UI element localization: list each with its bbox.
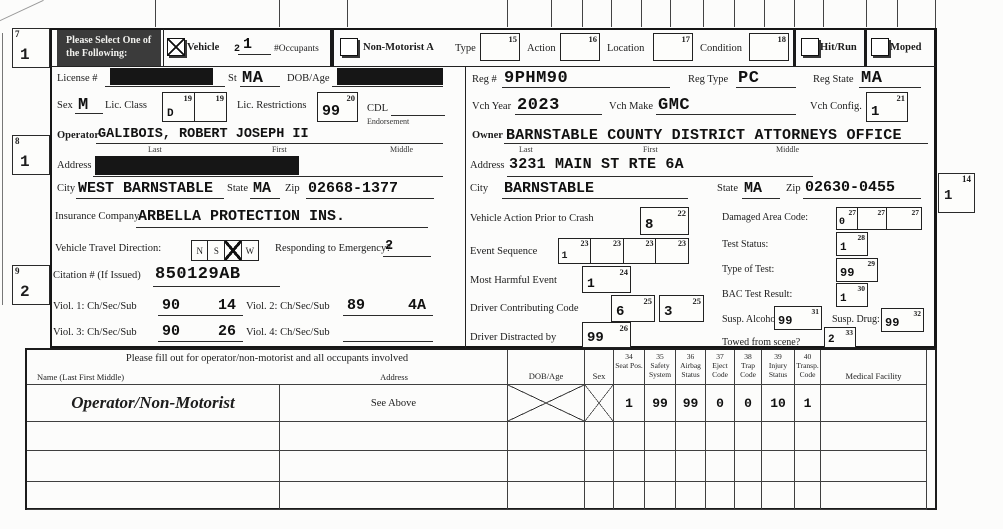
viol3-line [158, 341, 243, 342]
lic-class-box2[interactable]: 19 [194, 92, 227, 122]
most-harmful-box[interactable]: 24 1 [582, 266, 631, 293]
vehicle-action-sup: 22 [678, 208, 687, 218]
operator-address-line [93, 176, 443, 177]
sex-column-header: Sex [585, 350, 614, 385]
field-14-box: 14 1 [938, 173, 975, 213]
owner-line [504, 143, 928, 144]
damaged-area-1-value[interactable]: 0 [839, 217, 845, 228]
empty-cell[interactable] [795, 422, 821, 451]
action-code-box[interactable]: 16 [560, 33, 600, 61]
most-harmful-sup: 24 [620, 267, 629, 277]
empty-cell[interactable] [735, 451, 762, 482]
owner-city-value[interactable]: BARNSTABLE [504, 180, 594, 197]
location-label: Location [607, 43, 644, 54]
vehicle-action-box[interactable]: 22 8 [640, 207, 689, 235]
top-strip-line [794, 0, 795, 27]
moped-checkbox[interactable] [871, 38, 889, 56]
viol2-sec-value[interactable]: 4A [408, 297, 426, 314]
top-strip-line [347, 0, 348, 27]
occupant-eject-code-value[interactable]: 0 [706, 385, 735, 422]
empty-cell[interactable] [645, 451, 676, 482]
sex-label: Sex [57, 100, 73, 111]
lic-class-value[interactable]: D [167, 108, 174, 120]
viol4-line [343, 341, 433, 342]
damaged-area-box-1[interactable]: 27 0 [836, 207, 859, 230]
empty-cell[interactable] [735, 482, 762, 510]
vch-config-box[interactable]: 21 1 [866, 92, 908, 122]
col-label: Trap Code [740, 361, 756, 379]
col-label: Safety System [649, 361, 671, 379]
license-state-label: St [228, 73, 237, 84]
section-divider [864, 29, 867, 66]
name-column-header: Name (Last First Middle) [37, 372, 124, 382]
operator-line [96, 143, 443, 144]
operator-state-value[interactable]: MA [253, 180, 271, 197]
operator-address-redaction[interactable] [95, 156, 299, 175]
citation-line [153, 286, 280, 287]
insurance-value[interactable]: ARBELLA PROTECTION INS. [138, 208, 345, 225]
reg-state-label: Reg State [813, 74, 854, 85]
vehicle-label: Vehicle [187, 42, 219, 53]
owner-first-sub: First [643, 145, 658, 154]
test-type-box[interactable]: 29 99 [836, 258, 878, 282]
top-strip-line [507, 0, 508, 27]
empty-cell[interactable] [508, 482, 585, 510]
distracted-box[interactable]: 26 99 [582, 322, 631, 348]
direction-s-letter: S [214, 246, 219, 256]
top-strip-line [611, 0, 612, 27]
contributing-code-label: Driver Contributing Code [470, 303, 579, 314]
empty-cell[interactable] [762, 422, 795, 451]
test-status-value[interactable]: 1 [840, 242, 847, 254]
direction-w-letter: W [246, 246, 255, 256]
operator-first-sub: First [272, 145, 287, 154]
section-divider [793, 29, 796, 66]
emergency-line [383, 256, 431, 257]
non-motorist-checkbox[interactable] [340, 38, 358, 56]
reg-line [502, 87, 670, 88]
empty-cell[interactable] [27, 482, 280, 510]
reg-type-value[interactable]: PC [738, 69, 759, 88]
condition-code-sup: 18 [778, 34, 787, 44]
viol2-ch-value[interactable]: 89 [347, 297, 365, 314]
non-motorist-label: Non-Motorist A [363, 42, 434, 53]
viol1-ch-value[interactable]: 90 [162, 297, 180, 314]
most-harmful-label: Most Harmful Event [470, 275, 557, 286]
operator-zip-label: Zip [285, 183, 300, 194]
top-strip-line [734, 0, 735, 27]
citation-value[interactable]: 850129AB [155, 265, 241, 284]
cdl-endorsement-label: Endorsement [367, 117, 409, 126]
operator-city-line [76, 198, 224, 199]
empty-cell[interactable] [706, 482, 735, 510]
scan-crease [0, 0, 44, 22]
event-seq-box-4[interactable]: 23 [655, 238, 689, 264]
lic-restrictions-box[interactable]: 20 99 [317, 92, 358, 122]
event-seq-1-value[interactable]: 1 [562, 251, 568, 262]
viol3-label: Viol. 3: Ch/Sec/Sub [53, 327, 137, 338]
lic-restrictions-sup: 20 [347, 93, 356, 103]
occupant-safety-system-value[interactable]: 99 [645, 385, 676, 422]
insurance-line [136, 227, 428, 228]
event-seq-sup: 23 [678, 239, 686, 248]
col-num: 38 [744, 352, 752, 361]
top-strip-line [935, 0, 936, 28]
occupant-transp-code-value[interactable]: 1 [795, 385, 821, 422]
vch-make-label: Vch Make [609, 101, 653, 112]
dob-redaction[interactable] [337, 68, 443, 85]
operator-address-label: Address [57, 160, 91, 171]
empty-cell[interactable] [27, 451, 280, 482]
cdl-line [391, 115, 445, 116]
condition-label: Condition [700, 43, 742, 54]
reg-state-value[interactable]: MA [861, 69, 882, 88]
empty-cell[interactable] [585, 482, 614, 510]
most-harmful-value[interactable]: 1 [587, 276, 595, 291]
hit-run-checkbox[interactable] [801, 38, 819, 56]
select-one-banner: Please Select One of the Following: [57, 30, 161, 66]
operator-zip-value[interactable]: 02668-1377 [308, 180, 398, 197]
top-strip-line [279, 0, 280, 27]
operator-state-line [250, 198, 280, 199]
viol3-sec-value[interactable]: 26 [218, 323, 236, 340]
towed-label: Towed from scene? [722, 337, 800, 348]
owner-state-line [742, 198, 780, 199]
col-header-injury-status: 39Injury Status [762, 350, 795, 385]
field-14-value[interactable]: 1 [944, 188, 952, 204]
operator-city-label: City [57, 183, 75, 194]
lic-restrictions-label: Lic. Restrictions [237, 100, 306, 111]
test-status-sup: 28 [858, 233, 866, 242]
vehicle-action-value[interactable]: 8 [645, 217, 653, 233]
owner-city-line [502, 198, 688, 199]
type-code-box[interactable]: 15 [480, 33, 520, 61]
moped-label: Moped [890, 42, 922, 53]
col-num: 37 [716, 352, 724, 361]
empty-cell[interactable] [614, 482, 645, 510]
col-label: Injury Status [769, 361, 787, 379]
damaged-area-label: Damaged Area Code: [722, 212, 808, 223]
empty-cell[interactable] [735, 422, 762, 451]
operator-middle-sub: Middle [390, 145, 413, 154]
occupant-seat-pos-value[interactable]: 1 [614, 385, 645, 422]
susp-alcohol-value[interactable]: 99 [778, 314, 792, 328]
col-label: Airbag Status [680, 361, 701, 379]
towed-value[interactable]: 2 [828, 334, 835, 346]
empty-cell[interactable] [280, 451, 508, 482]
operator-value[interactable]: GALIBOIS, ROBERT JOSEPH II [98, 127, 309, 142]
lic-class-box[interactable]: 19 D [162, 92, 195, 122]
travel-direction-label: Vehicle Travel Direction: [55, 243, 161, 254]
location-code-box[interactable]: 17 [653, 33, 693, 61]
empty-cell[interactable] [706, 422, 735, 451]
occupant-dob-cell-crossed[interactable] [508, 385, 585, 422]
license-redaction[interactable] [110, 68, 213, 85]
direction-n-box[interactable]: N [191, 240, 209, 261]
col-num: 35 [656, 352, 664, 361]
operator-city-value[interactable]: WEST BARNSTABLE [78, 180, 213, 197]
vch-year-value[interactable]: 2023 [517, 96, 560, 115]
viol1-sec-value[interactable]: 14 [218, 297, 236, 314]
col-num: 34 [625, 352, 633, 361]
viol1-line [158, 315, 243, 316]
empty-cell[interactable] [706, 451, 735, 482]
license-state-line [240, 86, 280, 87]
col-num: 40 [804, 352, 812, 361]
vehicle-action-label: Vehicle Action Prior to Crash [470, 213, 594, 224]
event-seq-sup: 23 [646, 239, 654, 248]
direction-e-box-checked[interactable]: E [224, 240, 242, 261]
emergency-value[interactable]: 2 [385, 239, 393, 254]
medical-facility-header: Medical Facility [821, 350, 927, 385]
section-9-value[interactable]: 2 [20, 283, 30, 301]
operator-zip-line [306, 198, 434, 199]
top-strip-line [641, 0, 642, 27]
empty-cell[interactable] [676, 482, 706, 510]
event-seq-box-1[interactable]: 23 1 [558, 238, 592, 264]
viol1-label: Viol. 1: Ch/Sec/Sub [53, 301, 137, 312]
crash-report-form-page: 7 1 8 1 9 2 14 1 Please Select One of th… [0, 0, 1003, 529]
event-seq-box-3[interactable]: 23 [623, 238, 657, 264]
operator-label: Operator [57, 130, 99, 141]
test-type-value[interactable]: 99 [840, 266, 854, 280]
travel-direction-boxes: NSEW [192, 240, 259, 261]
top-strip-line [897, 0, 898, 27]
susp-drug-value[interactable]: 99 [885, 316, 899, 330]
col-num: 36 [687, 352, 695, 361]
damaged-area-box-3[interactable]: 27 [886, 207, 922, 230]
col-num: 39 [774, 352, 782, 361]
occupant-trap-code-value[interactable]: 0 [735, 385, 762, 422]
col-header-seat-pos: 34Seat Pos. [614, 350, 645, 385]
vch-config-value[interactable]: 1 [871, 104, 879, 120]
owner-zip-line [803, 198, 921, 199]
empty-cell[interactable] [27, 422, 280, 451]
empty-cell[interactable] [645, 482, 676, 510]
distracted-label: Driver Distracted by [470, 332, 556, 343]
event-sequence-boxes: 23 1 23 23 23 [559, 238, 689, 269]
occupant-airbag-status-value[interactable]: 99 [676, 385, 706, 422]
section-8-sup: 8 [15, 136, 20, 146]
empty-cell[interactable] [795, 482, 821, 510]
viol4-label: Viol. 4: Ch/Sec/Sub [246, 327, 330, 338]
owner-address-value[interactable]: 3231 MAIN ST RTE 6A [509, 156, 684, 173]
empty-cell[interactable] [676, 451, 706, 482]
bac-label: BAC Test Result: [722, 289, 792, 300]
section-8-box: 8 1 [12, 135, 50, 175]
owner-value[interactable]: BARNSTABLE COUNTY DISTRICT ATTORNEYS OFF… [506, 127, 902, 144]
vehicle-checkbox[interactable] [167, 38, 185, 56]
empty-cell[interactable] [280, 422, 508, 451]
reg-label: Reg # [472, 74, 497, 85]
lic-restrictions-value[interactable]: 99 [322, 103, 340, 120]
susp-alcohol-box[interactable]: 31 99 [774, 306, 822, 330]
owner-address-label: Address [470, 160, 504, 171]
col-label: Eject Code [712, 361, 728, 379]
vehicle-section-left-border [163, 29, 164, 66]
emergency-label: Responding to Emergency? [275, 243, 391, 254]
col-header-safety-system: 35Safety System [645, 350, 676, 385]
col-label: Seat Pos. [615, 361, 643, 370]
top-strip-line [582, 0, 583, 27]
cdl-label: CDL [367, 103, 388, 114]
col-header-eject-code: 37Eject Code [706, 350, 735, 385]
damaged-area-sup: 27 [912, 208, 920, 217]
towed-box[interactable]: 33 2 [824, 327, 856, 348]
section-9-sup: 9 [15, 266, 20, 276]
license-label: License # [57, 73, 98, 84]
event-seq-sup: 23 [581, 239, 589, 248]
hit-run-label: Hit/Run [820, 42, 857, 53]
empty-cell[interactable] [795, 451, 821, 482]
dob-line [332, 86, 443, 87]
column-divider [465, 66, 466, 348]
top-strip-line [551, 0, 552, 27]
occupants-label: #Occupants [274, 44, 319, 54]
empty-cell[interactable] [614, 422, 645, 451]
vch-make-value[interactable]: GMC [658, 96, 690, 115]
dob-label: DOB/Age [287, 73, 330, 84]
susp-drug-box[interactable]: 32 99 [881, 308, 924, 332]
owner-address-line [507, 176, 813, 177]
empty-cell[interactable] [821, 422, 927, 451]
vch-year-line [515, 114, 602, 115]
susp-drug-label: Susp. Drug: [832, 314, 880, 325]
distracted-sup: 26 [620, 323, 629, 333]
empty-cell[interactable] [821, 482, 927, 510]
type-code-sup: 15 [509, 34, 518, 44]
susp-drug-sup: 32 [914, 309, 922, 318]
lic-class-label: Lic. Class [105, 100, 147, 111]
operator-state-label: State [227, 183, 248, 194]
col-header-airbag-status: 36Airbag Status [676, 350, 706, 385]
contributing-code-sup: 25 [693, 296, 702, 306]
direction-s-box[interactable]: S [207, 240, 225, 261]
owner-zip-label: Zip [786, 183, 801, 194]
contributing-code-2-value[interactable]: 3 [664, 304, 672, 320]
section-7-box: 7 1 [12, 28, 50, 68]
event-seq-box-2[interactable]: 23 [590, 238, 624, 264]
viol2-label: Viol. 2: Ch/Sec/Sub [246, 301, 330, 312]
empty-cell[interactable] [645, 422, 676, 451]
contributing-code-box-2[interactable]: 25 3 [659, 295, 704, 322]
col-header-trap-code: 38Trap Code [735, 350, 762, 385]
top-strip-line [155, 0, 156, 27]
empty-cell[interactable] [614, 451, 645, 482]
direction-w-box[interactable]: W [241, 240, 259, 261]
distracted-value[interactable]: 99 [587, 330, 604, 346]
condition-code-box[interactable]: 18 [749, 33, 789, 61]
empty-cell[interactable] [676, 422, 706, 451]
occupant-medical-cell[interactable] [821, 385, 927, 422]
occupant-sex-cell-crossed[interactable] [585, 385, 614, 422]
lic-class-sup2: 19 [216, 93, 225, 103]
test-status-box[interactable]: 28 1 [836, 232, 868, 256]
dob-column-header: DOB/Age [508, 350, 585, 385]
test-type-label: Type of Test: [722, 264, 774, 275]
location-code-sup: 17 [682, 34, 691, 44]
reg-type-line [736, 87, 796, 88]
top-strip-line [823, 0, 824, 27]
vch-config-label: Vch Config. [810, 101, 862, 112]
operator-last-sub: Last [148, 145, 162, 154]
owner-middle-sub: Middle [776, 145, 799, 154]
occupant-injury-status-value[interactable]: 10 [762, 385, 795, 422]
direction-n-letter: N [196, 246, 203, 256]
contributing-code-sup: 25 [644, 296, 653, 306]
section-9-box: 9 2 [12, 265, 50, 305]
occupant-address-cell[interactable]: See Above [280, 385, 508, 422]
license-line [105, 86, 225, 87]
test-status-label: Test Status: [722, 239, 768, 250]
section-7-value[interactable]: 1 [20, 46, 30, 64]
top-strip-line [670, 0, 671, 27]
left-margin-line [2, 33, 3, 305]
reg-value[interactable]: 9PHM90 [504, 69, 568, 88]
empty-cell[interactable] [585, 422, 614, 451]
empty-cell[interactable] [762, 451, 795, 482]
owner-state-label: State [717, 183, 738, 194]
owner-state-value[interactable]: MA [744, 180, 762, 197]
empty-cell[interactable] [508, 451, 585, 482]
reg-type-label: Reg Type [688, 74, 728, 85]
empty-cell[interactable] [762, 482, 795, 510]
bac-value[interactable]: 1 [840, 293, 847, 305]
lic-class-sup: 19 [184, 93, 193, 103]
header-row-divider [50, 66, 936, 67]
action-label: Action [527, 43, 556, 54]
damaged-area-sup: 27 [878, 208, 886, 217]
occupant-instruction: Please fill out for operator/non-motoris… [27, 353, 507, 364]
empty-cell[interactable] [280, 482, 508, 510]
towed-sup: 33 [846, 328, 854, 337]
col-label: Transp. Code [796, 361, 818, 379]
occupant-name-cell[interactable]: Operator/Non-Motorist [27, 385, 280, 422]
event-sequence-label: Event Sequence [470, 246, 537, 257]
sex-line [75, 113, 103, 114]
reg-state-line [859, 87, 921, 88]
action-code-sup: 16 [589, 34, 598, 44]
owner-city-label: City [470, 183, 488, 194]
vch-config-sup: 21 [897, 93, 906, 103]
empty-cell[interactable] [508, 422, 585, 451]
section-8-value[interactable]: 1 [20, 153, 30, 171]
owner-zip-value[interactable]: 02630-0455 [805, 179, 895, 196]
empty-cell[interactable] [821, 451, 927, 482]
occupants-value[interactable]: 1 [243, 36, 252, 53]
damaged-area-box-2[interactable]: 27 [857, 207, 888, 230]
empty-cell[interactable] [585, 451, 614, 482]
viol3-ch-value[interactable]: 90 [162, 323, 180, 340]
field-14-sup: 14 [962, 174, 971, 184]
address-column-header: Address [280, 372, 508, 382]
citation-label: Citation # (If Issued) [53, 270, 141, 281]
event-seq-sup: 23 [613, 239, 621, 248]
contributing-code-1-value[interactable]: 6 [616, 304, 624, 320]
vch-year-label: Vch Year [472, 101, 511, 112]
type-label: Type [455, 43, 476, 54]
col-header-transp-code: 40Transp. Code [795, 350, 821, 385]
top-strip-line [703, 0, 704, 27]
occupant-table-header-main: Please fill out for operator/non-motoris… [27, 350, 508, 385]
test-type-sup: 29 [868, 259, 876, 268]
bac-box[interactable]: 30 1 [836, 283, 868, 307]
top-strip-line [866, 0, 867, 27]
vch-make-line [656, 114, 796, 115]
section-divider [330, 29, 334, 66]
occupants-line [238, 54, 271, 55]
contributing-code-box-1[interactable]: 25 6 [611, 295, 655, 322]
